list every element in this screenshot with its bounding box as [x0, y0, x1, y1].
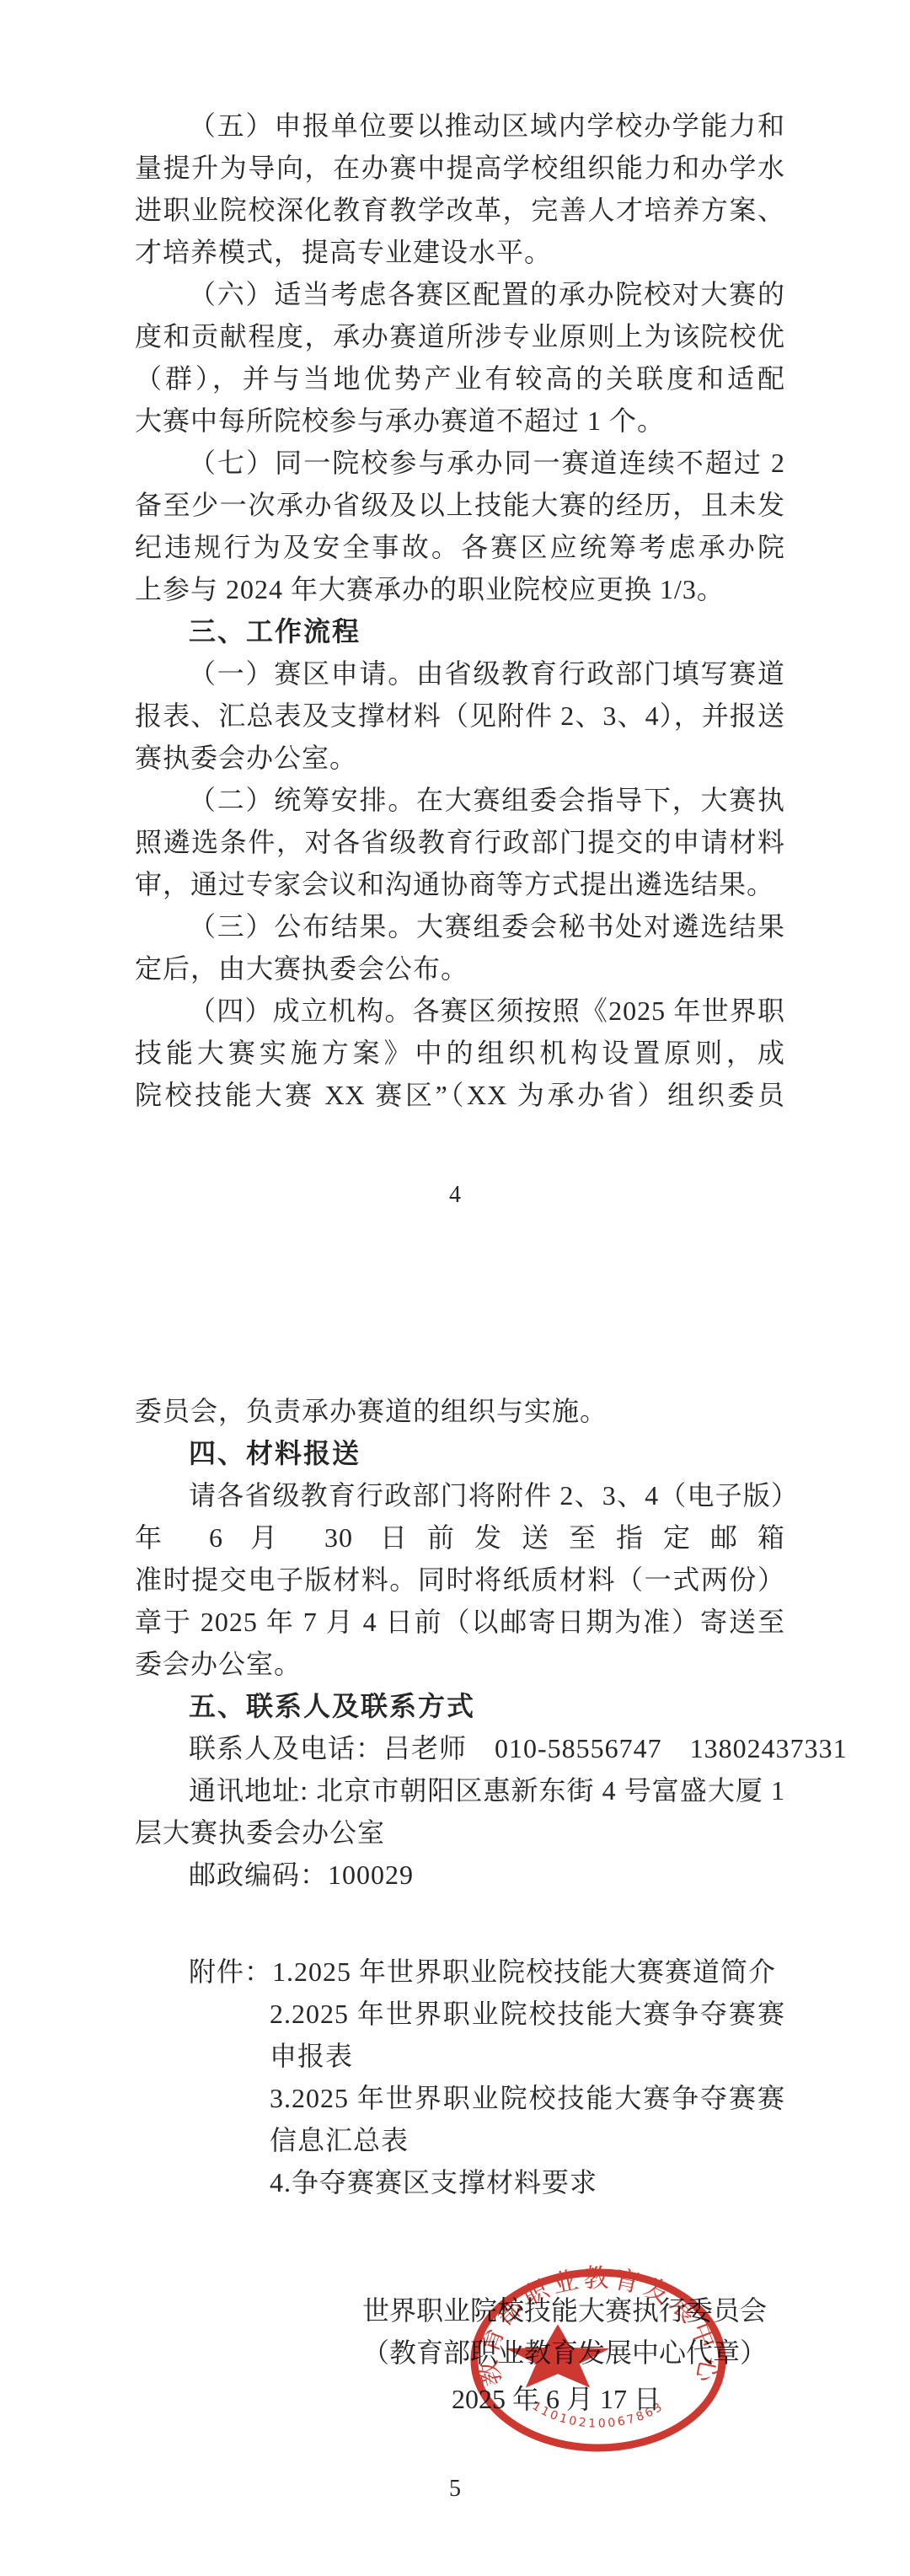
document-line: 委会办公室。 — [135, 1643, 785, 1685]
document-line: 上参与 2024 年大赛承办的职业院校应更换 1/3。 — [135, 568, 785, 610]
page-number-5: 5 — [0, 2472, 910, 2506]
contact-address-line: 通讯地址: 北京市朝阳区惠新东街 4 号富盛大厦 1 座 16 — [135, 1769, 785, 1811]
document-line: （四）成立机构。各赛区须按照《2025 年世界职业院校 — [135, 990, 785, 1032]
document-line: （群），并与当地优势产业有较高的关联度和适配度；一届 — [135, 357, 785, 400]
attachment-item-1: 1.2025 年世界职业院校技能大赛赛道简介 — [272, 1956, 776, 1987]
document-line: （二）统筹安排。在大赛组委会指导下，大赛执委会按 — [135, 779, 785, 821]
document-line: （六）适当考虑各赛区配置的承办院校对大赛的支持力 — [135, 273, 785, 315]
document-line: 技能大赛实施方案》中的组织机构设置原则，成立“世界职业 — [135, 1032, 785, 1074]
document-line: 章于 2025 年 7 月 4 日前（以邮寄日期为准）寄送至大赛执 — [135, 1601, 785, 1643]
document-line: 才培养模式，提高专业建设水平。 — [135, 231, 785, 273]
document-line: 量提升为导向，在办赛中提高学校组织能力和办学水平，促 — [135, 147, 785, 189]
document-line: （一）赛区申请。由省级教育行政部门填写赛道承办申 — [135, 652, 785, 695]
document-line: 大赛中每所院校参与承办赛道不超过 1 个。 — [135, 400, 785, 442]
attachment-item-2: 2.2025 年世界职业院校技能大赛争夺赛赛道承办 — [135, 1993, 785, 2035]
document-line: 院校技能大赛 XX 赛区”（XX 为承办省）组织委员会、执行 — [135, 1074, 785, 1116]
attachments-label: 附件： — [189, 1956, 272, 1987]
attachment-line: 附件：1.2025 年世界职业院校技能大赛赛道简介 — [135, 1951, 785, 1993]
document-scan: （五）申报单位要以推动区域内学校办学能力和办学质 量提升为导向，在办赛中提高学校… — [0, 0, 910, 2576]
document-line: （三）公布结果。大赛组委会秘书处对遴选结果进行审 — [135, 905, 785, 947]
attachment-item-4: 4.争夺赛赛区支撑材料要求 — [135, 2161, 785, 2203]
document-line: 度和贡献程度，承办赛道所涉专业原则上为该院校优势专业 — [135, 315, 785, 357]
document-line: 委员会，负责承办赛道的组织与实施。 — [135, 1390, 785, 1432]
attachment-item-2-cont: 申报表 — [135, 2035, 785, 2077]
section-heading-workflow: 三、工作流程 — [135, 610, 785, 652]
contact-address-line: 层大赛执委会办公室 — [135, 1811, 785, 1854]
page4-text-block: （五）申报单位要以推动区域内学校办学能力和办学质 量提升为导向，在办赛中提高学校… — [135, 105, 785, 1116]
document-line: 照遴选条件，对各省级教育行政部门提交的申请材料进行评 — [135, 821, 785, 863]
attachment-item-3-cont: 信息汇总表 — [135, 2119, 785, 2161]
document-line: 纪违规行为及安全事故。各赛区应统筹考虑承办院校，原则 — [135, 526, 785, 568]
attachments-block: 附件：1.2025 年世界职业院校技能大赛赛道简介 2.2025 年世界职业院校… — [135, 1951, 785, 2203]
postal-code-line: 邮政编码：100029 — [135, 1854, 785, 1896]
document-line: 准时提交电子版材料。同时将纸质材料（一式两份）加盖公 — [135, 1559, 785, 1601]
contact-person-phone-line: 联系人及电话：吕老师 010-58556747 13802437331 — [135, 1727, 785, 1769]
section-heading-contacts: 五、联系人及联系方式 — [135, 1685, 785, 1727]
document-line: 赛执委会办公室。 — [135, 737, 785, 779]
seal-org-arc-text: 教育部职业教育发展中心 — [474, 2265, 722, 2388]
page-number-4: 4 — [0, 1178, 910, 1212]
seal-star-icon — [506, 2324, 610, 2387]
document-line: 备至少一次承办省级及以上技能大赛的经历，且未发生过违 — [135, 484, 785, 526]
document-line: 审，通过专家会议和沟通协商等方式提出遴选结果。 — [135, 863, 785, 905]
attachment-item-3: 3.2025 年世界职业院校技能大赛争夺赛赛道承办 — [135, 2077, 785, 2119]
document-line: 请各省级教育行政部门将附件 2、3、4（电子版）于 2025 — [135, 1474, 785, 1516]
official-seal: 教育部职业教育发展中心 11010210067863 — [467, 2265, 730, 2455]
document-line: 年 6 月 30 日前发送至指定邮箱 dszxwyh@vcsc.org.cn，务… — [135, 1516, 785, 1559]
document-line: 进职业院校深化教育教学改革，完善人才培养方案、创新人 — [135, 189, 785, 231]
section-heading-materials: 四、材料报送 — [135, 1432, 785, 1474]
document-line: 报表、汇总表及支撑材料（见附件 2、3、4），并报送至大 — [135, 695, 785, 737]
document-line: 定后，由大赛执委会公布。 — [135, 947, 785, 990]
document-line: （五）申报单位要以推动区域内学校办学能力和办学质 — [135, 105, 785, 147]
page5-text-block: 委员会，负责承办赛道的组织与实施。 四、材料报送 请各省级教育行政部门将附件 2… — [135, 1390, 785, 1896]
seal-code-arc-text: 11010210067863 — [530, 2399, 666, 2430]
document-line: （七）同一院校参与承办同一赛道连续不超过 2 届，具 — [135, 442, 785, 484]
